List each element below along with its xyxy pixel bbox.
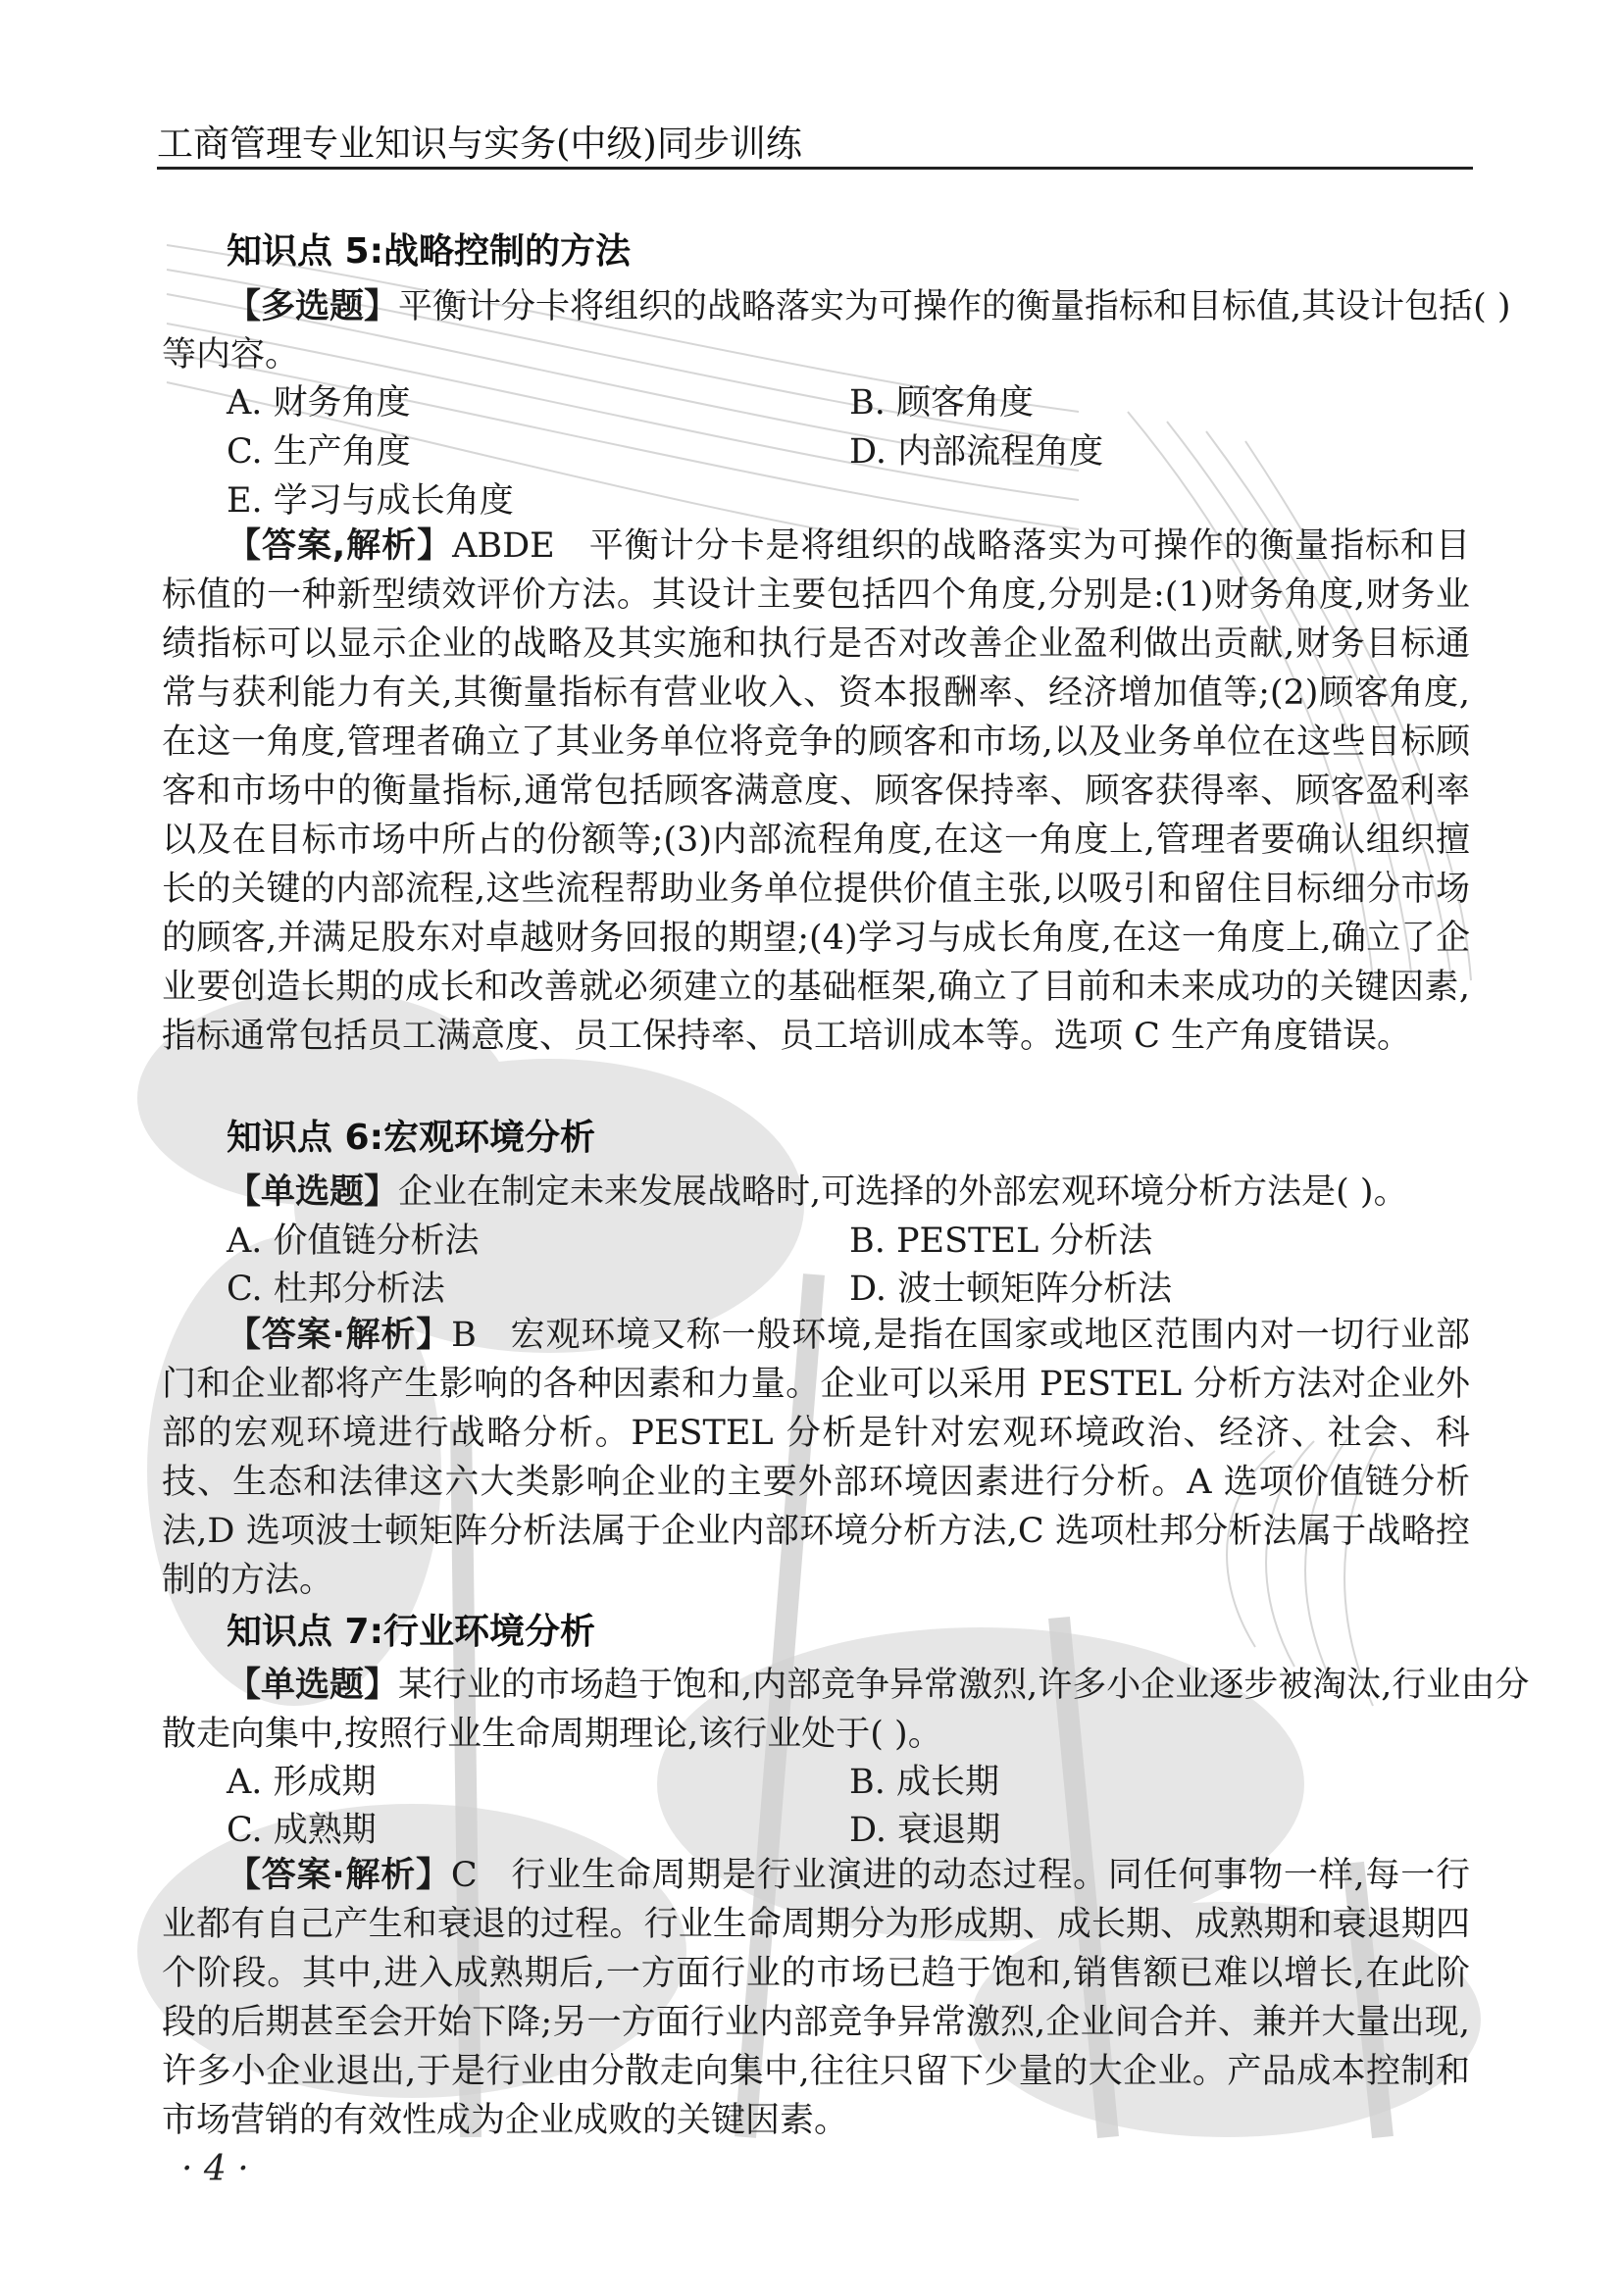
question-text: 企业在制定未来发展战略时,可选择的外部宏观环境分析方法是( )。 bbox=[398, 1173, 1408, 1212]
section-heading: 知识点 7:行业环境分析 bbox=[227, 1604, 595, 1654]
answer-key: B bbox=[451, 1316, 477, 1355]
question-line: 【单选题】企业在制定未来发展战略时,可选择的外部宏观环境分析方法是( )。 bbox=[227, 1165, 1408, 1214]
option-c: C. 成熟期 bbox=[227, 1803, 377, 1852]
header-divider bbox=[157, 167, 1473, 170]
running-header-title: 工商管理专业知识与实务(中级)同步训练 bbox=[157, 114, 802, 167]
question-type-tag: 【多选题】 bbox=[227, 287, 398, 326]
question-line: 【单选题】某行业的市场趋于饱和,内部竞争异常激烈,许多小企业逐步被淘汰,行业由分 bbox=[227, 1658, 1529, 1707]
answer-explanation: 【答案·解析】C行业生命周期是行业演进的动态过程。同任何事物一样,每一行业都有自… bbox=[162, 1851, 1470, 2145]
option-d: D. 衰退期 bbox=[849, 1803, 1000, 1852]
question-type-tag: 【单选题】 bbox=[227, 1173, 398, 1212]
option-a: A. 价值链分析法 bbox=[227, 1214, 480, 1263]
answer-text: 平衡计分卡是将组织的战略落实为可操作的衡量指标和目标值的一种新型绩效评价方法。其… bbox=[162, 526, 1470, 1056]
answer-explanation: 【答案,解析】ABDE平衡计分卡是将组织的战略落实为可操作的衡量指标和目标值的一… bbox=[162, 522, 1470, 1061]
section-heading: 知识点 6:宏观环境分析 bbox=[227, 1110, 595, 1160]
section-heading: 知识点 5:战略控制的方法 bbox=[227, 224, 631, 274]
page-number: · 4 · bbox=[181, 2149, 249, 2189]
answer-text: 宏观环境又称一般环境,是指在国家或地区范围内对一切行业部门和企业都将产生影响的各… bbox=[162, 1316, 1470, 1600]
answer-text: 行业生命周期是行业演进的动态过程。同任何事物一样,每一行业都有自己产生和衰退的过… bbox=[162, 1856, 1470, 2140]
question-line: 【多选题】平衡计分卡将组织的战略落实为可操作的衡量指标和目标值,其设计包括( ) bbox=[227, 279, 1511, 328]
answer-tag: 【答案·解析】 bbox=[227, 1316, 451, 1355]
question-text-continued: 等内容。 bbox=[162, 327, 299, 376]
option-d: D. 内部流程角度 bbox=[849, 424, 1103, 474]
option-b: B. 顾客角度 bbox=[849, 375, 1034, 424]
answer-explanation: 【答案·解析】B宏观环境又称一般环境,是指在国家或地区范围内对一切行业部门和企业… bbox=[162, 1311, 1470, 1605]
option-c: C. 生产角度 bbox=[227, 424, 411, 474]
option-a: A. 形成期 bbox=[227, 1755, 377, 1804]
option-e: E. 学习与成长角度 bbox=[227, 474, 514, 523]
answer-tag: 【答案·解析】 bbox=[227, 1856, 451, 1895]
question-type-tag: 【单选题】 bbox=[227, 1666, 398, 1705]
question-text-continued: 散走向集中,按照行业生命周期理论,该行业处于( )。 bbox=[162, 1707, 942, 1756]
option-c: C. 杜邦分析法 bbox=[227, 1262, 445, 1311]
option-b: B. 成长期 bbox=[849, 1755, 999, 1804]
question-text: 平衡计分卡将组织的战略落实为可操作的衡量指标和目标值,其设计包括( ) bbox=[398, 287, 1511, 326]
answer-tag: 【答案,解析】 bbox=[227, 526, 452, 566]
option-d: D. 波士顿矩阵分析法 bbox=[849, 1262, 1172, 1311]
question-text: 某行业的市场趋于饱和,内部竞争异常激烈,许多小企业逐步被淘汰,行业由分 bbox=[398, 1666, 1529, 1705]
answer-key: C bbox=[451, 1856, 478, 1895]
option-a: A. 财务角度 bbox=[227, 375, 411, 424]
answer-key: ABDE bbox=[452, 526, 555, 566]
option-b: B. PESTEL 分析法 bbox=[849, 1214, 1152, 1263]
